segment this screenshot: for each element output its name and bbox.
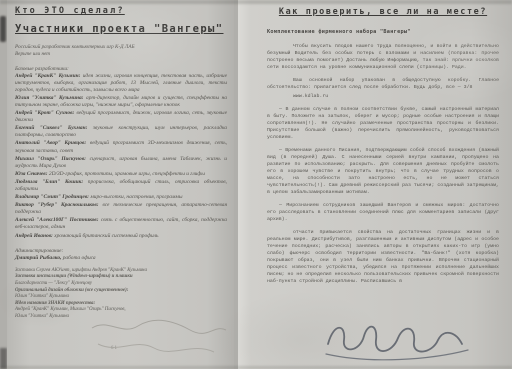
- left-page: Кто ЭТО сделал? Участники проекта "Ванге…: [7, 0, 234, 369]
- credit-role: хромающий британский системный профиль: [54, 233, 158, 239]
- credit-role: 2D/3D-график, прототипы, храмовые игры, …: [49, 171, 205, 177]
- credit-entry: Анатолий "Авор" Кривцов: ведущий програм…: [15, 140, 227, 154]
- body-paragraph: Чтобы вкусить плодов нашего труда полноц…: [267, 43, 499, 71]
- credit-name: Алексей "Алекс100Г" Постников:: [15, 217, 99, 223]
- credit-name: Анатолий "Авор" Кривцов:: [15, 140, 86, 146]
- left-page-header: Кто ЭТО сделал?: [15, 6, 227, 16]
- right-page-content: Как проверить, все ли на месте? Комплект…: [267, 7, 499, 291]
- credits-footnotes: Заставки Сергея АКУинт, шрифты Андрея "К…: [15, 268, 227, 321]
- credit-entry: Людмила "Блип" Кошик: прорисовка, обобща…: [15, 179, 227, 193]
- right-page-subtitle: Комплектование фирменного набора "Вангер…: [267, 29, 499, 35]
- credit-name: Юза Секачев:: [15, 171, 48, 177]
- footnote-line: Юлия "Улитка" Кузьмина: [15, 314, 227, 321]
- body-paragraph: отчасти привыкается свойства на достаточ…: [267, 229, 499, 285]
- admin-entry: Дмитрий Рыбалко, работа офиса: [15, 255, 227, 262]
- credit-name: Виктор "Рубер" Красношлыков:: [15, 202, 99, 208]
- credit-name: Андрей "Крот" Сухнов:: [15, 110, 74, 116]
- right-page: Как проверить, все ли на месте? Комплект…: [240, 0, 512, 369]
- footnote-line: Андрей "КранК" Кузьмин, Михаил "Озирь" П…: [15, 307, 227, 314]
- credit-entry: Евгений "Сиквел" Бухман: звуковые констр…: [15, 125, 227, 139]
- body-paragraph: — Мирознанием сотрудников зашедший Ванге…: [267, 202, 499, 223]
- credit-entry: Юлия "Улитка" Кузьмина: арт-директор, ди…: [15, 95, 227, 109]
- publisher-line: Верьте или нет: [15, 51, 227, 58]
- body-paragraph: Ваш основной набор упакован в общедоступ…: [267, 77, 499, 91]
- scan-shadow-top: [0, 0, 512, 4]
- scanned-page-spread: Кто ЭТО сделал? Участники проекта "Ванге…: [0, 0, 512, 369]
- website-line: www.kdlab.ru: [267, 93, 499, 100]
- credit-name: Евгений "Сиквел" Бухман:: [15, 125, 87, 131]
- left-page-title: Участники проекта "Вангеры": [15, 23, 227, 35]
- credit-entry: Алексей "Алекс100Г" Постников: связь с о…: [15, 217, 227, 231]
- credit-name: Андрей Иванов:: [15, 233, 53, 239]
- credit-name: Людмила "Блип" Кошик:: [15, 179, 83, 185]
- credit-role: работа офиса: [63, 255, 96, 261]
- credit-entry: Виктор "Рубер" Красношлыков: все техниче…: [15, 202, 227, 216]
- left-page-content: Кто ЭТО сделал? Участники проекта "Ванге…: [15, 6, 227, 321]
- credit-entry: Андрей "Крот" Сухнов: ведущий программис…: [15, 110, 227, 124]
- right-page-header: Как проверить, все ли на месте?: [267, 7, 499, 17]
- credit-name: Андрей "КранК" Кузьмин:: [15, 73, 80, 79]
- credit-entry: Юза Секачев: 2D/3D-график, прототипы, хр…: [15, 171, 227, 178]
- credit-entry: Михаил "Озирь" Пискунов: сценарист, игро…: [15, 156, 227, 170]
- page-number-left: 61: [111, 346, 118, 351]
- credit-entry: Владимир "Смит" Гродинцев: миро-высотки,…: [15, 194, 227, 201]
- body-paragraph: — Временами данного Писания, подтверждаю…: [267, 147, 499, 196]
- credit-name: Дмитрий Рыбалко,: [15, 255, 61, 261]
- credit-entry: Андрей Иванов: хромающий британский сист…: [15, 233, 227, 240]
- credit-name: Михаил "Озирь" Пискунов:: [15, 156, 86, 162]
- footnote-line: Оригинальный дизайн обложки (все существ…: [15, 288, 227, 295]
- publisher-line: Российский разработчик компьютерных игр …: [15, 44, 227, 51]
- admin-label: Администрирование:: [15, 248, 227, 254]
- credit-entry: Андрей "КранК" Кузьмин: идея жизни, игро…: [15, 73, 227, 94]
- credit-name: Владимир "Смит" Гродинцев:: [15, 194, 89, 200]
- scan-edge: [0, 0, 7, 369]
- body-paragraph: — В данном случае в полном соответствии …: [267, 106, 499, 141]
- credit-name: Юлия "Улитка" Кузьмина:: [15, 95, 83, 101]
- scan-edge-shadow: [0, 16, 6, 42]
- footnote-line: Юлия "Улитка" Кузьмина: [15, 294, 227, 301]
- developers-label: Базовые разработчики:: [15, 66, 227, 72]
- footnote-line: Заставки Сергея АКУинт, шрифты Андрея "К…: [15, 268, 227, 275]
- credit-role: миро-высотки, настроения, программы: [90, 194, 182, 200]
- footnote-line: Заставка инсталляции (Windows-шрифты) и …: [15, 274, 227, 281]
- footnote-line: Благодарности — "Лексу" Кузнецову: [15, 281, 227, 288]
